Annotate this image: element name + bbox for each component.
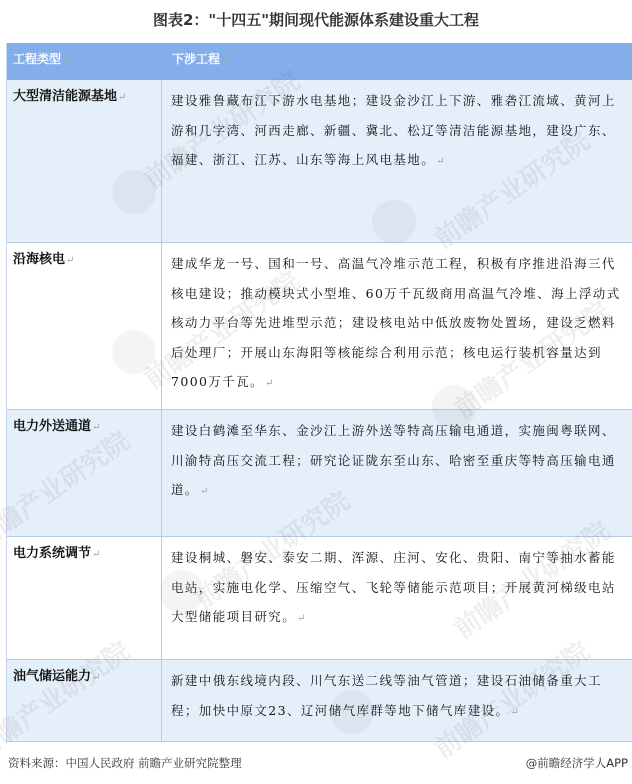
- row-projects-cell: 建设白鹤滩至华东、金沙江上游外送等特高压输电通道，实施闽粤联网、川渝特高压交流工…: [162, 410, 632, 536]
- row-type-cell: 大型清洁能源基地↵: [7, 80, 162, 242]
- paragraph-mark-icon: ↵: [297, 613, 307, 624]
- paragraph-mark-icon: ↵: [92, 672, 100, 683]
- row-projects-cell: 新建中俄东线境内段、川气东送二线等油气管道；建设石油储备重大工程；加快中原文23…: [162, 660, 632, 741]
- paragraph-mark-icon: ↵: [92, 549, 100, 560]
- table-header-row: 工程类型↵ 下涉工程↵: [7, 43, 632, 80]
- table-row: 油气储运能力↵ 新建中俄东线境内段、川气东送二线等油气管道；建设石油储备重大工程…: [7, 660, 632, 742]
- table-row: 电力系统调节↵ 建设桐城、磐安、泰安二期、浑源、庄河、安化、贵阳、南宁等抽水蓄能…: [7, 537, 632, 660]
- row-type-label: 油气储运能力: [13, 669, 91, 684]
- paragraph-mark-icon: ↵: [200, 486, 210, 497]
- header-project-type: 工程类型↵: [7, 43, 162, 80]
- brand-credit: @前瞻经济学人APP: [526, 755, 628, 771]
- chart-title: 图表2："十四五"期间现代能源体系建设重大工程: [0, 0, 632, 40]
- row-projects-text: 建设雅鲁藏布江下游水电基地；建设金沙江上下游、雅砻江流域、黄河上游和几字湾、河西…: [171, 93, 616, 167]
- source-note: 资料来源：中国人民政府 前瞻产业研究院整理: [8, 755, 242, 771]
- row-projects-text: 建设白鹤滩至华东、金沙江上游外送等特高压输电通道，实施闽粤联网、川渝特高压交流工…: [171, 423, 616, 497]
- row-type-label: 电力外送通道: [13, 419, 91, 434]
- projects-table: 工程类型↵ 下涉工程↵ 大型清洁能源基地↵ 建设雅鲁藏布江下游水电基地；建设金沙…: [6, 43, 632, 742]
- paragraph-mark-icon: ↵: [510, 707, 520, 718]
- header-project-type-label: 工程类型: [13, 52, 61, 66]
- row-type-label: 沿海核电: [13, 252, 65, 267]
- row-projects-cell: 建成华龙一号、国和一号、高温气冷堆示范工程，积极有序推进沿海三代核电建设；推动模…: [162, 243, 632, 409]
- row-projects-text: 建成华龙一号、国和一号、高温气冷堆示范工程，积极有序推进沿海三代核电建设；推动模…: [171, 256, 621, 389]
- row-type-cell: 电力系统调节↵: [7, 537, 162, 659]
- paragraph-mark-icon: ↵: [265, 378, 275, 389]
- paragraph-mark-icon: ↵: [66, 255, 74, 266]
- row-projects-text: 新建中俄东线境内段、川气东送二线等油气管道；建设石油储备重大工程；加快中原文23…: [171, 673, 602, 718]
- header-projects-label: 下涉工程: [172, 52, 220, 66]
- table-row: 大型清洁能源基地↵ 建设雅鲁藏布江下游水电基地；建设金沙江上下游、雅砻江流域、黄…: [7, 80, 632, 243]
- paragraph-mark-icon: ↵: [436, 156, 446, 167]
- paragraph-mark-icon: ↵: [118, 92, 126, 103]
- header-projects: 下涉工程↵: [162, 43, 632, 80]
- paragraph-mark-icon: ↵: [221, 55, 229, 66]
- footer: 资料来源：中国人民政府 前瞻产业研究院整理 @前瞻经济学人APP: [0, 745, 632, 784]
- table-row: 沿海核电↵ 建成华龙一号、国和一号、高温气冷堆示范工程，积极有序推进沿海三代核电…: [7, 243, 632, 410]
- row-type-label: 大型清洁能源基地: [13, 89, 117, 104]
- row-projects-text: 建设桐城、磐安、泰安二期、浑源、庄河、安化、贵阳、南宁等抽水蓄能电站，实施电化学…: [171, 550, 616, 624]
- row-type-cell: 沿海核电↵: [7, 243, 162, 409]
- row-projects-cell: 建设雅鲁藏布江下游水电基地；建设金沙江上下游、雅砻江流域、黄河上游和几字湾、河西…: [162, 80, 632, 242]
- row-projects-cell: 建设桐城、磐安、泰安二期、浑源、庄河、安化、贵阳、南宁等抽水蓄能电站，实施电化学…: [162, 537, 632, 659]
- row-type-cell: 电力外送通道↵: [7, 410, 162, 536]
- table-row: 电力外送通道↵ 建设白鹤滩至华东、金沙江上游外送等特高压输电通道，实施闽粤联网、…: [7, 410, 632, 537]
- row-type-label: 电力系统调节: [13, 546, 91, 561]
- row-type-cell: 油气储运能力↵: [7, 660, 162, 741]
- paragraph-mark-icon: ↵: [62, 55, 70, 66]
- paragraph-mark-icon: ↵: [92, 422, 100, 433]
